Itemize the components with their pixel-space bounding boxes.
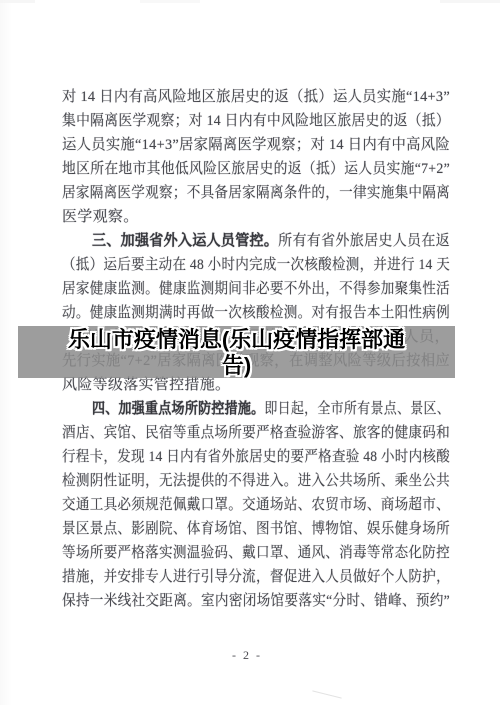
text-line: 保持一米线社交距离。室内密闭场馆要落实“分时、错峰、预约” — [62, 589, 450, 613]
text-line-content: 等场所要严格落实测温验码、戴口罩、通风、消毒等常态化防控 — [62, 541, 450, 565]
text-line-content: 居家隔离医学观察；不具备居家隔离条件的，一律实施集中隔离 — [62, 181, 450, 205]
text-line-content: 运人员实施“14+3”居家隔离医学观察；对 14 日内有中高风险 — [62, 133, 450, 157]
text-line: 居家隔离医学观察；不具备居家隔离条件的，一律实施集中隔离 — [62, 181, 450, 205]
text-line-content: 酒店、宾馆、民宿等重点场所要严格查验游客、旅客的健康码和 — [62, 421, 450, 445]
text-line-content: 保持一米线社交距离。室内密闭场馆要落实“分时、错峰、预约” — [62, 589, 450, 613]
text-line: 集中隔离医学观察；对 14 日内有中风险地区旅居史的返（抵） — [62, 109, 450, 133]
text-line: 三、加强省外入运人员管控。所有有省外旅居史人员在返 — [62, 229, 450, 253]
section-heading: 三、加强省外入运人员管控。 — [92, 233, 278, 249]
text-line: 等场所要严格落实测温验码、戴口罩、通风、消毒等常态化防控 — [62, 541, 450, 565]
text-line-content: 措施，并安排专人进行引导分流，督促进入人员做好个人防护， — [62, 565, 450, 589]
text-line: 医学观察。 — [62, 205, 450, 229]
text-line: 动。健康监测期满时再做一次核酸检测。对有报告本土阳性病例 — [62, 301, 450, 325]
overlay-banner: 乐山市疫情消息(乐山疫情指挥部通告) — [18, 326, 455, 378]
text-line-content: （抵）运后要主动在 48 小时内完成一次核酸检测，并进行 14 天 — [62, 253, 450, 277]
text-line: 检测阴性证明，无法提供的不得进入。进入公共场所、乘坐公共 — [62, 469, 450, 493]
text-line: 对 14 日内有高风险地区旅居史的返（抵）运人员实施“14+3” — [62, 85, 450, 109]
text-line-content: 行程卡，发现 14 日内有省外旅居史的要严格查验 48 小时内核酸 — [62, 445, 450, 469]
text-line: 居家健康监测。健康监测期间非必要不外出，不得参加聚集性活 — [62, 277, 450, 301]
text-line-content: 交通工具必须规范佩戴口罩。交通场站、农贸市场、商场超市、 — [62, 493, 450, 517]
scan-corner-artifact — [312, 690, 341, 698]
text-line-content: 三、加强省外入运人员管控。所有有省外旅居史人员在返 — [92, 229, 450, 253]
text-line-content: 居家健康监测。健康监测期间非必要不外出，不得参加聚集性活 — [62, 277, 450, 301]
text-line-content: 景区景点、影剧院、体育场馆、图书馆、博物馆、娱乐健身场所 — [62, 517, 450, 541]
text-line-content: 医学观察。 — [62, 205, 139, 229]
text-line-content: 地区所在地市其他低风险区旅居史的返（抵）运人员实施“7+2” — [62, 157, 450, 181]
text-line-content: 集中隔离医学观察；对 14 日内有中风险地区旅居史的返（抵） — [62, 109, 450, 133]
text-line: 行程卡，发现 14 日内有省外旅居史的要严格查验 48 小时内核酸 — [62, 445, 450, 469]
text-line-content: 对 14 日内有高风险地区旅居史的返（抵）运人员实施“14+3” — [62, 85, 450, 109]
text-line: 四、加强重点场所防控措施。即日起，全市所有景点、景区、 — [62, 397, 450, 421]
text-line-content: 四、加强重点场所防控措施。即日起，全市所有景点、景区、 — [92, 397, 450, 421]
scan-edge-artifact — [0, 0, 500, 3]
text-line-content: 检测阴性证明，无法提供的不得进入。进入公共场所、乘坐公共 — [62, 469, 450, 493]
scanned-page: 对 14 日内有高风险地区旅居史的返（抵）运人员实施“14+3”集中隔离医学观察… — [0, 0, 500, 705]
text-line: （抵）运后要主动在 48 小时内完成一次核酸检测，并进行 14 天 — [62, 253, 450, 277]
text-line: 地区所在地市其他低风险区旅居史的返（抵）运人员实施“7+2” — [62, 157, 450, 181]
section-heading: 四、加强重点场所防控措施。 — [92, 401, 264, 417]
text-line: 交通工具必须规范佩戴口罩。交通场站、农贸市场、商场超市、 — [62, 493, 450, 517]
text-line: 酒店、宾馆、民宿等重点场所要严格查验游客、旅客的健康码和 — [62, 421, 450, 445]
text-line-content: 动。健康监测期满时再做一次核酸检测。对有报告本土阳性病例 — [62, 301, 450, 325]
page-number: - 2 - — [0, 648, 494, 663]
text-line: 运人员实施“14+3”居家隔离医学观察；对 14 日内有中高风险 — [62, 133, 450, 157]
text-line: 措施，并安排专人进行引导分流，督促进入人员做好个人防护， — [62, 565, 450, 589]
text-line: 景区景点、影剧院、体育场馆、图书馆、博物馆、娱乐健身场所 — [62, 517, 450, 541]
overlay-title: 乐山市疫情消息(乐山疫情指挥部通告) — [58, 327, 416, 379]
